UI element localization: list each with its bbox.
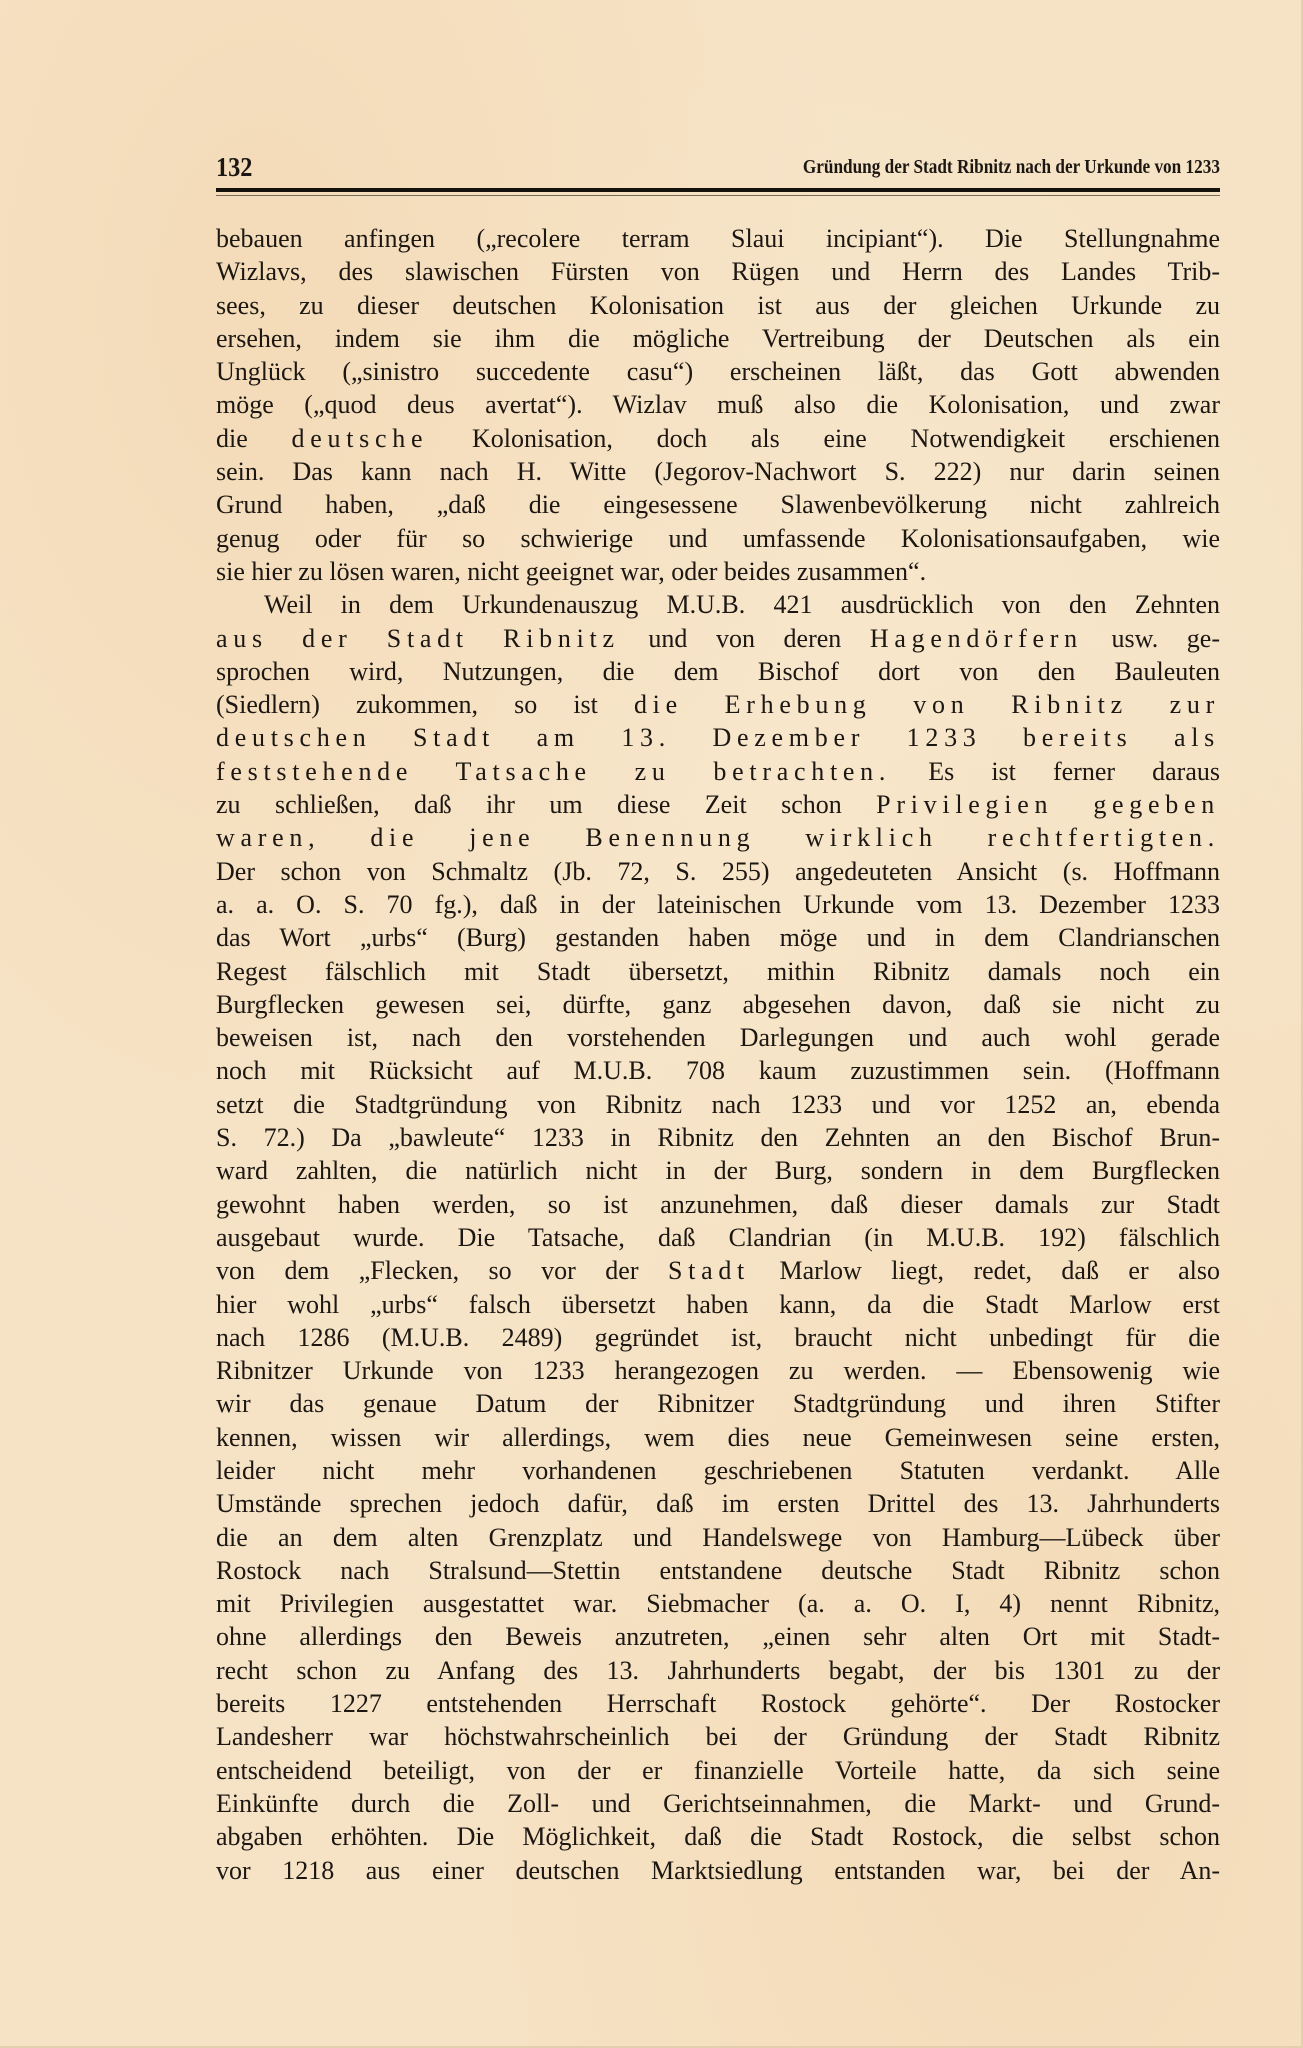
text-line: möge („quod deus avertat“). Wizlav muß a…	[216, 388, 1220, 421]
text-line: feststehende Tatsache zu betrachten. Es …	[216, 755, 1220, 788]
emphasis-spaced: deutsche	[292, 424, 429, 453]
running-title: Gründung der Stadt Ribnitz nach der Urku…	[803, 156, 1220, 179]
text-line: deutschen Stadt am 13. Dezember 1233 ber…	[216, 721, 1220, 754]
text-line: hier wohl „urbs“ falsch übersetzt haben …	[216, 1288, 1220, 1321]
text-line: Unglück („sinistro succedente casu“) ers…	[216, 355, 1220, 388]
text-line: bebauen anfingen („recolere terram Slaui…	[216, 222, 1220, 255]
text-line: Wizlavs, des slawischen Fürsten von Rüge…	[216, 255, 1220, 288]
text-line: noch mit Rücksicht auf M.U.B. 708 kaum z…	[216, 1054, 1220, 1087]
text-line: waren, die jene Benennung wirklich recht…	[216, 821, 1220, 854]
book-page: 132 Gründung der Stadt Ribnitz nach der …	[0, 0, 1303, 2048]
paragraph-start-line: Weil in dem Urkundenauszug M.U.B. 421 au…	[216, 588, 1220, 621]
text-line: kennen, wissen wir allerdings, wem dies …	[216, 1421, 1220, 1454]
text-line: S. 72.) Da „bawleute“ 1233 in Ribnitz de…	[216, 1121, 1220, 1154]
emphasis-spaced: Privilegien gegeben	[876, 790, 1220, 819]
header-rule-thin	[216, 195, 1220, 196]
emphasis-spaced: aus der Stadt Ribnitz	[216, 624, 620, 653]
text-line: die deutsche Kolonisation, doch als eine…	[216, 422, 1220, 455]
text-line: setzt die Stadtgründung von Ribnitz nach…	[216, 1088, 1220, 1121]
page-header: 132 Gründung der Stadt Ribnitz nach der …	[216, 152, 1220, 192]
text-line: (Siedlern) zukommen, so ist die Erhebung…	[216, 688, 1220, 721]
text-line: Der schon von Schmaltz (Jb. 72, S. 255) …	[216, 855, 1220, 888]
text-line: sein. Das kann nach H. Witte (Jegorov-Na…	[216, 455, 1220, 488]
text-line: mit Privilegien ausgestattet war. Siebma…	[216, 1587, 1220, 1620]
emphasis-spaced: feststehende Tatsache zu betrachten.	[216, 757, 891, 786]
header-rule-thick	[216, 188, 1220, 192]
text-line: zu schließen, daß ihr um diese Zeit scho…	[216, 788, 1220, 821]
text-line: Einkünfte durch die Zoll- und Gerichtsei…	[216, 1787, 1220, 1820]
text-line: recht schon zu Anfang des 13. Jahrhunder…	[216, 1654, 1220, 1687]
text-line: die an dem alten Grenzplatz und Handelsw…	[216, 1521, 1220, 1554]
text-line: nach 1286 (M.U.B. 2489) gegründet ist, b…	[216, 1321, 1220, 1354]
text-line: entscheidend beteiligt, von der er finan…	[216, 1754, 1220, 1787]
text-line: vor 1218 aus einer deutschen Marktsiedlu…	[216, 1854, 1220, 1887]
emphasis-spaced: die Erhebung von Ribnitz zur	[634, 690, 1220, 719]
text-line: beweisen ist, nach den vorstehenden Darl…	[216, 1021, 1220, 1054]
text-line: Grund haben, „daß die eingesessene Slawe…	[216, 488, 1220, 521]
text-line: aus der Stadt Ribnitz und von deren Hage…	[216, 622, 1220, 655]
text-line: sprochen wird, Nutzungen, die dem Bischo…	[216, 655, 1220, 688]
emphasis-spaced: waren, die jene Benennung wirklich recht…	[216, 823, 1220, 852]
text-line: sees, zu dieser deutschen Kolonisation i…	[216, 289, 1220, 322]
text-line: Umstände sprechen jedoch dafür, daß im e…	[216, 1487, 1220, 1520]
text-line: genug oder für so schwierige und umfasse…	[216, 522, 1220, 555]
page-number: 132	[216, 152, 252, 183]
text-line: Landesherr war höchstwahrscheinlich bei …	[216, 1720, 1220, 1753]
emphasis-spaced: deutschen Stadt am 13. Dezember 1233 ber…	[216, 723, 1220, 752]
text-line: abgaben erhöhten. Die Möglichkeit, daß d…	[216, 1820, 1220, 1853]
text-line: Regest fälschlich mit Stadt übersetzt, m…	[216, 955, 1220, 988]
text-line: Burgflecken gewesen sei, dürfte, ganz ab…	[216, 988, 1220, 1021]
text-line: ausgebaut wurde. Die Tatsache, daß Cland…	[216, 1221, 1220, 1254]
text-line: gewohnt haben werden, so ist anzunehmen,…	[216, 1188, 1220, 1221]
text-line: leider nicht mehr vorhandenen geschriebe…	[216, 1454, 1220, 1487]
text-line: ward zahlten, die natürlich nicht in der…	[216, 1154, 1220, 1187]
emphasis-spaced: Stadt	[668, 1256, 750, 1285]
emphasis-spaced: Hagendörfern	[870, 624, 1083, 653]
body-text: bebauen anfingen („recolere terram Slaui…	[216, 222, 1220, 1887]
text-line: sie hier zu lösen waren, nicht geeignet …	[216, 555, 1220, 588]
text-line: ersehen, indem sie ihm die mögliche Vert…	[216, 322, 1220, 355]
text-line: wir das genaue Datum der Ribnitzer Stadt…	[216, 1387, 1220, 1420]
text-line: Rostock nach Stralsund—Stettin entstande…	[216, 1554, 1220, 1587]
text-line: Ribnitzer Urkunde von 1233 herangezogen …	[216, 1354, 1220, 1387]
text-line: a. a. O. S. 70 fg.), daß in der lateinis…	[216, 888, 1220, 921]
text-line: bereits 1227 entstehenden Herrschaft Ros…	[216, 1687, 1220, 1720]
text-line: das Wort „urbs“ (Burg) gestanden haben m…	[216, 921, 1220, 954]
text-line: von dem „Flecken, so vor der Stadt Marlo…	[216, 1254, 1220, 1287]
text-line: ohne allerdings den Beweis anzutreten, „…	[216, 1620, 1220, 1653]
